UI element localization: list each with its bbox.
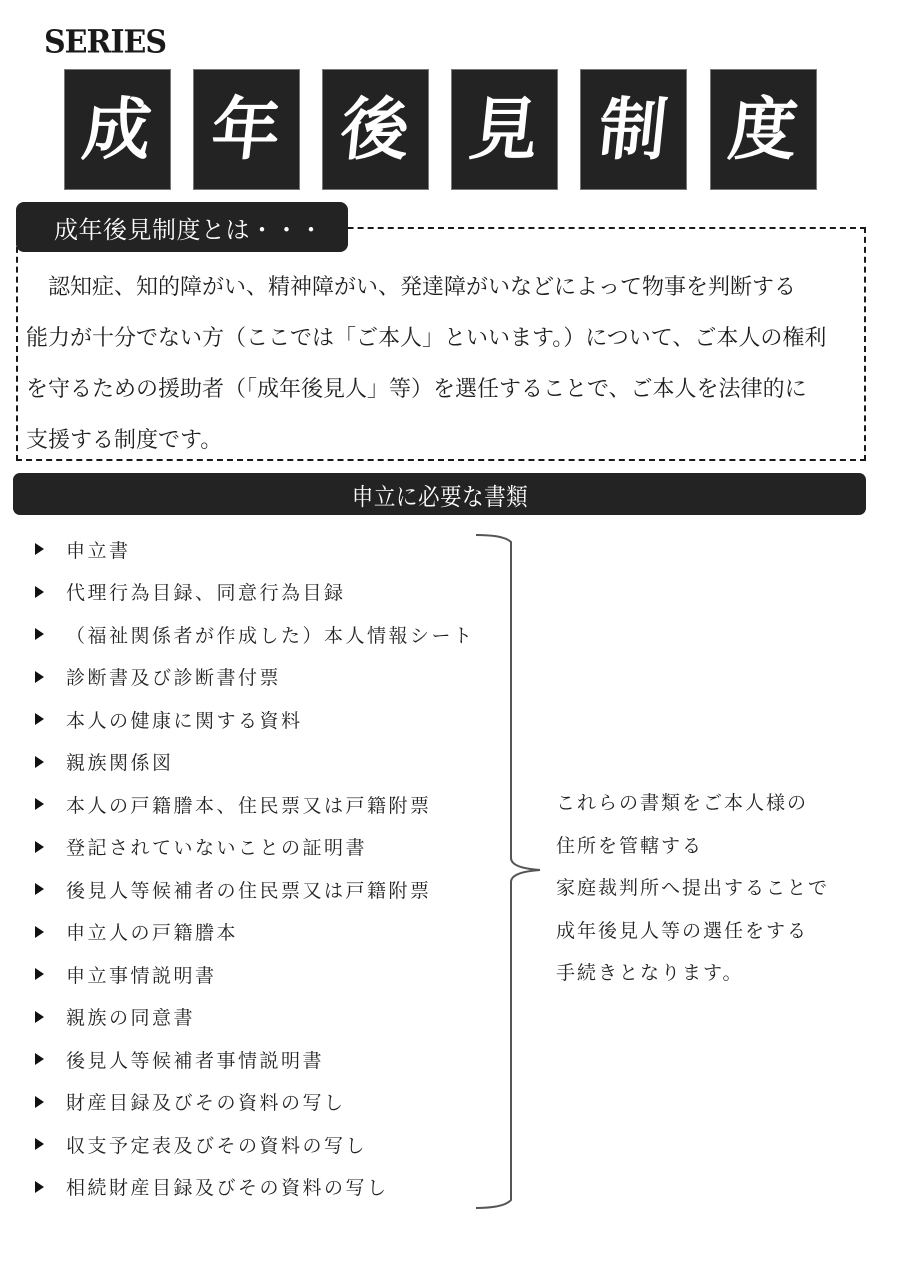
triangle-bullet-icon bbox=[35, 1053, 44, 1065]
list-item-label: 後見人等候補者事情説明書 bbox=[66, 1046, 324, 1073]
list-item: （福祉関係者が作成した）本人情報シート bbox=[33, 613, 493, 656]
about-description: 認知症、知的障がい、精神障がい、発達障がいなどによって物事を判断する 能力が十分… bbox=[26, 262, 846, 466]
list-item: 収支予定表及びその資料の写し bbox=[33, 1123, 493, 1166]
triangle-bullet-icon bbox=[35, 713, 44, 725]
triangle-bullet-icon bbox=[35, 841, 44, 853]
list-item-label: 申立事情説明書 bbox=[66, 961, 217, 988]
list-item: 本人の戸籍謄本、住民票又は戸籍附票 bbox=[33, 783, 493, 826]
list-item: 親族の同意書 bbox=[33, 996, 493, 1039]
triangle-bullet-icon bbox=[35, 1181, 44, 1193]
title-character: 年 bbox=[209, 96, 284, 164]
title-character: 成 bbox=[80, 96, 155, 164]
list-item-label: 申立人の戸籍謄本 bbox=[66, 918, 238, 945]
triangle-bullet-icon bbox=[35, 1096, 44, 1108]
list-item-label: 親族関係図 bbox=[66, 748, 174, 775]
note-line: 家庭裁判所へ提出することで bbox=[556, 867, 876, 910]
title-tile: 度 bbox=[710, 69, 817, 190]
note-line: これらの書類をご本人様の bbox=[556, 782, 876, 825]
note-line: 手続きとなります。 bbox=[556, 952, 876, 995]
list-item-label: 相続財産目録及びその資料の写し bbox=[66, 1173, 389, 1200]
title-banner: 成 年 後 見 制 度 bbox=[0, 69, 900, 191]
title-character: 見 bbox=[467, 96, 542, 164]
list-item-label: 本人の健康に関する資料 bbox=[66, 706, 303, 733]
list-item-label: 申立書 bbox=[66, 536, 131, 563]
list-item: 本人の健康に関する資料 bbox=[33, 698, 493, 741]
about-line: 認知症、知的障がい、精神障がい、発達障がいなどによって物事を判断する bbox=[26, 262, 846, 313]
title-tile: 年 bbox=[193, 69, 300, 190]
submission-note: これらの書類をご本人様の 住所を管轄する 家庭裁判所へ提出することで 成年後見人… bbox=[556, 782, 876, 995]
list-item: 登記されていないことの証明書 bbox=[33, 826, 493, 869]
list-item: 診断書及び診断書付票 bbox=[33, 656, 493, 699]
list-item: 財産目録及びその資料の写し bbox=[33, 1081, 493, 1124]
note-line: 住所を管轄する bbox=[556, 825, 876, 868]
triangle-bullet-icon bbox=[35, 1138, 44, 1150]
list-item: 後見人等候補者の住民票又は戸籍附票 bbox=[33, 868, 493, 911]
page: SERIES 成 年 後 見 制 度 成年後見制度とは・・・ 認知症、知的障がい… bbox=[0, 0, 900, 1263]
triangle-bullet-icon bbox=[35, 586, 44, 598]
about-line: を守るための援助者（「成年後見人」等）を選任することで、ご本人を法律的に bbox=[26, 364, 846, 415]
right-curly-brace-icon bbox=[470, 530, 550, 1215]
triangle-bullet-icon bbox=[35, 756, 44, 768]
list-item: 申立書 bbox=[33, 528, 493, 571]
about-line: 能力が十分でない方（ここでは「ご本人」といいます。）について、ご本人の権利 bbox=[26, 313, 846, 364]
title-tile: 制 bbox=[580, 69, 687, 190]
note-line: 成年後見人等の選任をする bbox=[556, 910, 876, 953]
triangle-bullet-icon bbox=[35, 926, 44, 938]
documents-heading: 申立に必要な書類 bbox=[13, 473, 866, 515]
list-item: 申立人の戸籍謄本 bbox=[33, 911, 493, 954]
triangle-bullet-icon bbox=[35, 543, 44, 555]
list-item: 後見人等候補者事情説明書 bbox=[33, 1038, 493, 1081]
documents-heading-text: 申立に必要な書類 bbox=[351, 477, 527, 512]
list-item-label: 親族の同意書 bbox=[66, 1003, 195, 1030]
triangle-bullet-icon bbox=[35, 883, 44, 895]
triangle-bullet-icon bbox=[35, 1011, 44, 1023]
documents-list: 申立書 代理行為目録、同意行為目録 （福祉関係者が作成した）本人情報シート 診断… bbox=[33, 528, 493, 1208]
list-item-label: 後見人等候補者の住民票又は戸籍附票 bbox=[66, 876, 432, 903]
title-tile: 成 bbox=[64, 69, 171, 190]
list-item-label: 代理行為目録、同意行為目録 bbox=[66, 578, 346, 605]
list-item: 相続財産目録及びその資料の写し bbox=[33, 1166, 493, 1209]
title-tile: 後 bbox=[322, 69, 429, 190]
list-item-label: 登記されていないことの証明書 bbox=[66, 833, 367, 860]
title-tile: 見 bbox=[451, 69, 558, 190]
list-item-label: 収支予定表及びその資料の写し bbox=[66, 1131, 367, 1158]
list-item: 代理行為目録、同意行為目録 bbox=[33, 571, 493, 614]
list-item: 申立事情説明書 bbox=[33, 953, 493, 996]
series-label: SERIES bbox=[44, 27, 166, 59]
list-item: 親族関係図 bbox=[33, 741, 493, 784]
list-item-label: （福祉関係者が作成した）本人情報シート bbox=[66, 621, 475, 648]
triangle-bullet-icon bbox=[35, 628, 44, 640]
about-line: 支援する制度です。 bbox=[26, 415, 846, 466]
list-item-label: 診断書及び診断書付票 bbox=[66, 663, 281, 690]
triangle-bullet-icon bbox=[35, 671, 44, 683]
title-character: 度 bbox=[726, 96, 801, 164]
triangle-bullet-icon bbox=[35, 968, 44, 980]
title-character: 制 bbox=[596, 96, 671, 164]
about-heading: 成年後見制度とは・・・ bbox=[16, 202, 348, 252]
list-item-label: 本人の戸籍謄本、住民票又は戸籍附票 bbox=[66, 791, 432, 818]
list-item-label: 財産目録及びその資料の写し bbox=[66, 1088, 346, 1115]
title-character: 後 bbox=[338, 96, 413, 164]
triangle-bullet-icon bbox=[35, 798, 44, 810]
